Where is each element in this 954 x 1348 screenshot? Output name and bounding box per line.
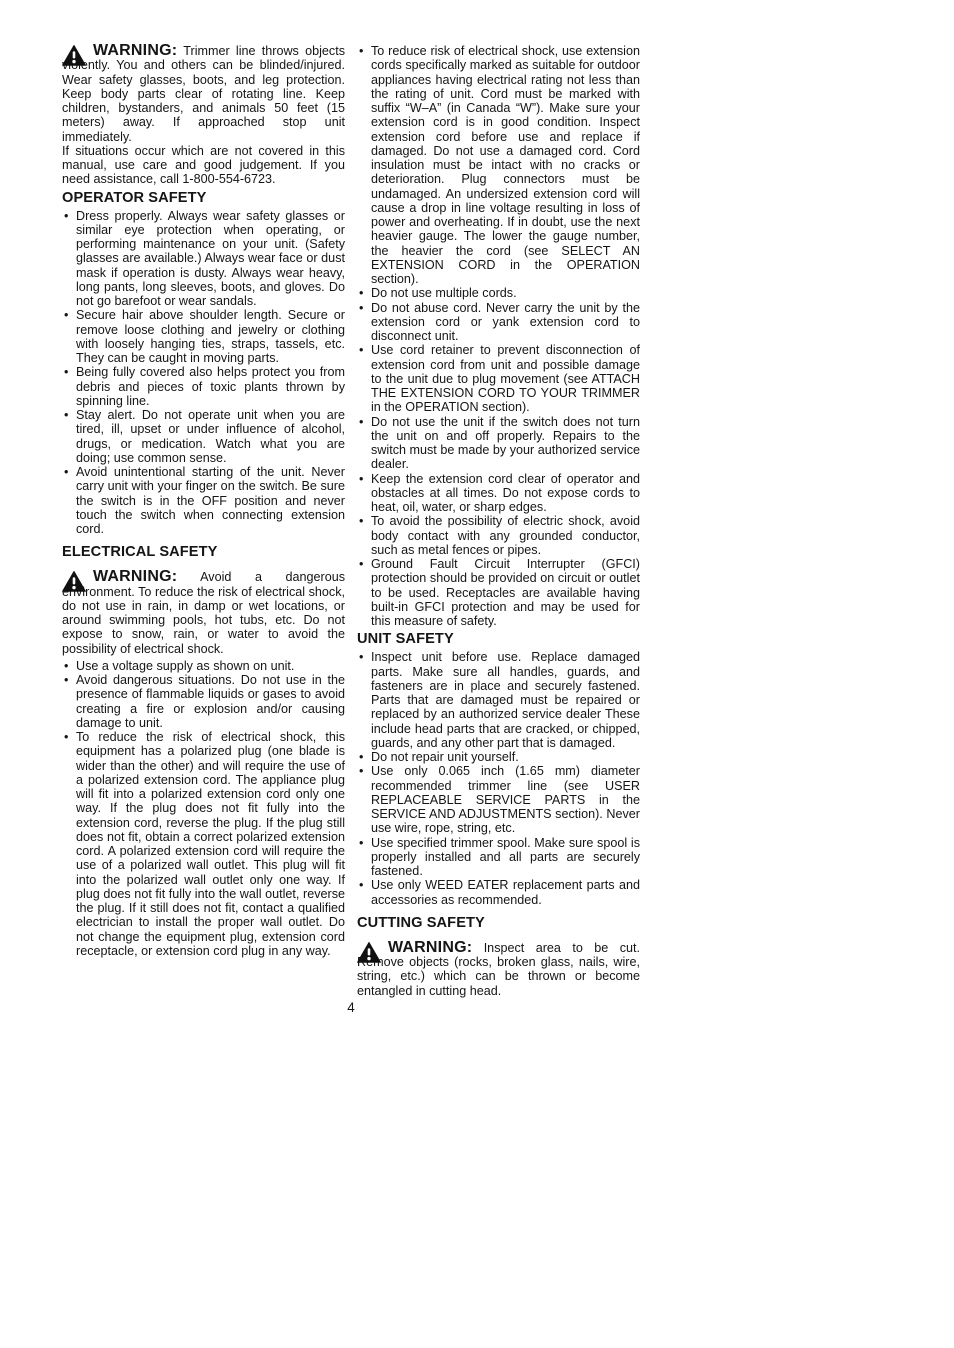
list-item: Ground Fault Circuit Interrupter (GFCI) … bbox=[357, 557, 640, 628]
manual-page: WARNING: Trimmer line throws objects vio… bbox=[0, 0, 954, 1348]
list-item: Being fully covered also helps protect y… bbox=[62, 365, 345, 408]
list-item: Secure hair above shoulder length. Secur… bbox=[62, 308, 345, 365]
list-item: To reduce risk of electrical shock, use … bbox=[357, 44, 640, 286]
warning-block-inspect-area: WARNING: Inspect area to be cut. Remove … bbox=[357, 941, 640, 998]
warning-block-dangerous-environment: WARNING: Avoid a dangerous environment. … bbox=[62, 570, 345, 656]
list-item: Use only WEED EATER replacement parts an… bbox=[357, 878, 640, 907]
list-item: Dress properly. Always wear safety glass… bbox=[62, 209, 345, 309]
operator-safety-heading: OPERATOR SAFETY bbox=[62, 190, 345, 207]
list-item: Keep the extension cord clear of operato… bbox=[357, 472, 640, 515]
list-item: Use only 0.065 inch (1.65 mm) diameter r… bbox=[357, 764, 640, 835]
assistance-paragraph: If situations occur which are not covere… bbox=[62, 144, 345, 187]
right-column: To reduce risk of electrical shock, use … bbox=[357, 44, 640, 1001]
list-item: To avoid the possibility of electric sho… bbox=[357, 514, 640, 557]
warning-block-thrown-objects: WARNING: Trimmer line throws objects vio… bbox=[62, 44, 345, 144]
warning-label: WARNING: bbox=[93, 568, 177, 585]
warning-text: Trimmer line throws objects violently. Y… bbox=[62, 44, 345, 144]
warning-label: WARNING: bbox=[93, 42, 177, 59]
list-item: Use specified trimmer spool. Make sure s… bbox=[357, 836, 640, 879]
list-item: Use a voltage supply as shown on unit. bbox=[62, 659, 345, 673]
left-column: WARNING: Trimmer line throws objects vio… bbox=[62, 44, 345, 1001]
list-item: Avoid dangerous situations. Do not use i… bbox=[62, 673, 345, 730]
warning-label: WARNING: bbox=[388, 939, 472, 956]
list-item: Stay alert. Do not operate unit when you… bbox=[62, 408, 345, 465]
warning-triangle-icon bbox=[62, 45, 86, 66]
electrical-safety-heading: ELECTRICAL SAFETY bbox=[62, 544, 345, 561]
warning-triangle-icon bbox=[357, 942, 381, 963]
unit-safety-heading: UNIT SAFETY bbox=[357, 631, 640, 648]
list-item: Do not use multiple cords. bbox=[357, 286, 640, 300]
list-item: Inspect unit before use. Replace damaged… bbox=[357, 650, 640, 750]
list-item: To reduce the risk of electrical shock, … bbox=[62, 730, 345, 958]
cutting-safety-heading: CUTTING SAFETY bbox=[357, 915, 640, 932]
warning-triangle-icon bbox=[62, 571, 86, 592]
list-item: Do not abuse cord. Never carry the unit … bbox=[357, 301, 640, 344]
list-item: Do not use the unit if the switch does n… bbox=[357, 415, 640, 472]
list-item: Use cord retainer to prevent disconnecti… bbox=[357, 343, 640, 414]
list-item: Do not repair unit yourself. bbox=[357, 750, 640, 764]
list-item: Avoid unintentional starting of the unit… bbox=[62, 465, 345, 536]
page-content: WARNING: Trimmer line throws objects vio… bbox=[62, 44, 640, 1001]
page-number: 4 bbox=[62, 1000, 640, 1015]
